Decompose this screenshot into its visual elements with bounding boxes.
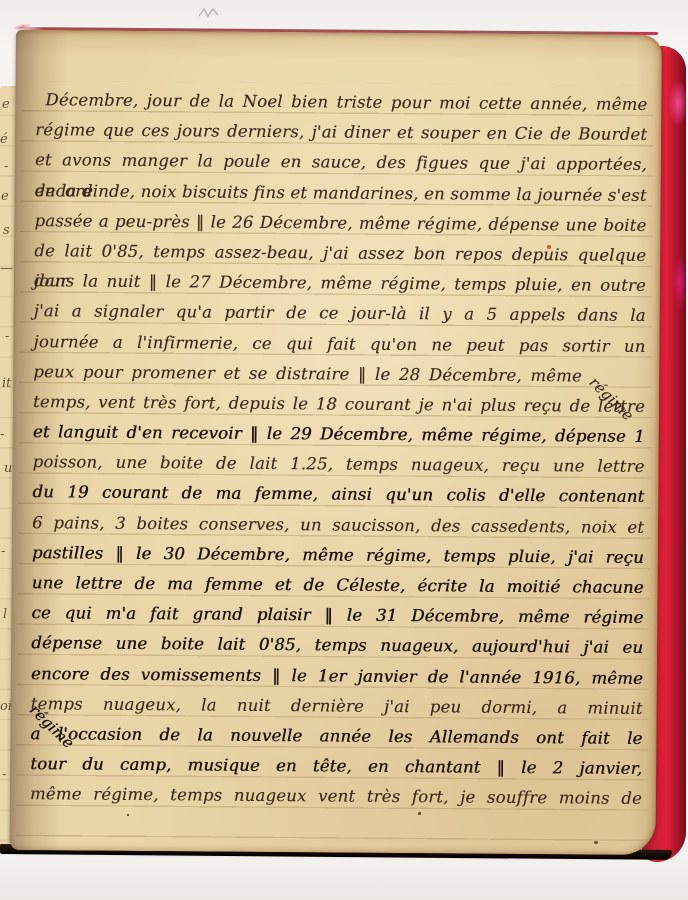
facing-page-text-fragment: é <box>0 133 8 146</box>
diary-line-text: tour du camp, musique en tête, en chanta… <box>30 754 642 778</box>
diary-line: régime que ces jours derniers, j'ai dine… <box>35 115 647 150</box>
diary-line-text: passée a peu-près ‖ le 26 Décembre, même… <box>34 211 646 235</box>
diary-line: Décembre, jour de la Noel bien triste po… <box>35 85 647 120</box>
diary-line-text: Décembre, jour de la Noel bien triste po… <box>45 90 647 114</box>
ink-speck <box>127 814 129 816</box>
diary-line-text: journée a l'infirmerie, ce qui fait qu'o… <box>33 332 645 356</box>
diary-line: et languit d'en recevoir ‖ le 29 Décembr… <box>33 417 645 452</box>
diary-line: passée a peu-près ‖ le 26 Décembre, même… <box>34 206 646 241</box>
diary-line: une lettre de ma femme et de Céleste, éc… <box>32 568 644 603</box>
diary-line-text: même régime, temps nuageux vent très for… <box>30 784 642 808</box>
diary-line-text: régime que ces jours derniers, j'ai dine… <box>35 120 647 144</box>
diary-line-text: ce qui m'a fait grand plaisir ‖ le 31 Dé… <box>31 603 643 627</box>
facing-page-text-fragment: - <box>5 330 9 343</box>
diary-line: du 19 courant de ma femme, ainsi qu'un c… <box>32 478 644 513</box>
diary-line-text: dépense une boite lait 0'85, temps nuage… <box>31 634 643 658</box>
facing-page-text-fragment: — <box>0 262 13 275</box>
diary-line: temps nuageux, la nuit dernière j'ai peu… <box>31 689 643 724</box>
diary-line: peux pour promener et se distraire ‖ le … <box>33 357 645 392</box>
facing-page-text-fragment: e <box>2 98 10 111</box>
facing-page-text-fragment: it <box>2 377 11 390</box>
diary-line-text: et languit d'en recevoir ‖ le 29 Décembr… <box>33 422 645 446</box>
diary-line: et avons manger la poule en sauce, des f… <box>35 146 647 181</box>
diary-line: dépense une boite lait 0'85, temps nuage… <box>31 629 643 664</box>
facing-page-text-fragment: - <box>2 768 6 781</box>
ink-speck <box>547 245 551 249</box>
diary-line: pastilles ‖ le 30 Décembre, même régime,… <box>32 538 644 573</box>
diary-line: dans la nuit ‖ le 27 Décembre, même régi… <box>34 266 646 301</box>
facing-page-text-fragment: l <box>3 608 7 621</box>
scanned-notebook-photo: eé-es—-it-u-loir- Décembre, jour de la N… <box>0 0 688 900</box>
facing-page-text-fragment: s <box>3 224 10 237</box>
diary-line-text: de la dinde, noix biscuits fins et manda… <box>35 181 647 205</box>
ink-speck <box>594 841 598 844</box>
diary-line: de lait 0'85, temps assez-beau, j'ai ass… <box>34 236 646 271</box>
diary-line: temps, vent très fort, depuis le 18 cour… <box>33 387 645 422</box>
ink-speck <box>418 812 421 815</box>
diary-line: encore des vomissements ‖ le 1er janvier… <box>31 659 643 694</box>
diary-line: 6 pains, 3 boites conserves, un saucisso… <box>32 508 644 543</box>
diary-line-text: temps, vent très fort, depuis le 18 cour… <box>33 392 645 416</box>
diary-line-text: encore des vomissements ‖ le 1er janvier… <box>31 664 643 688</box>
diary-line: j'ai a signaler qu'a partir de ce jour-l… <box>34 296 646 331</box>
diary-line: journée a l'infirmerie, ce qui fait qu'o… <box>33 327 645 362</box>
diary-line-text: une lettre de ma femme et de Céleste, éc… <box>32 573 644 597</box>
diary-line: de la dinde, noix biscuits fins et manda… <box>35 176 647 211</box>
diary-text: Décembre, jour de la Noel bien triste po… <box>30 85 648 814</box>
facing-page-text-fragment: e <box>1 190 9 203</box>
diary-line-text: 6 pains, 3 boites conserves, un saucisso… <box>32 513 644 537</box>
diary-line: même régime, temps nuageux vent très for… <box>30 779 642 814</box>
facing-page-text-fragment: - <box>4 160 8 173</box>
diary-line: tour du camp, musique en tête, en chanta… <box>30 749 642 784</box>
notebook-page: Décembre, jour de la Noel bien triste po… <box>10 30 662 855</box>
diary-line-text: dans la nuit ‖ le 27 Décembre, même régi… <box>34 271 646 295</box>
diary-line-text: j'ai a signaler qu'a partir de ce jour-l… <box>34 301 646 325</box>
diary-line-text: pastilles ‖ le 30 Décembre, même régime,… <box>32 543 644 567</box>
diary-line: ce qui m'a fait grand plaisir ‖ le 31 Dé… <box>31 598 643 633</box>
diary-line-text: du 19 courant de ma femme, ainsi qu'un c… <box>32 483 644 507</box>
facing-page-text-fragment: u <box>4 462 12 475</box>
diary-line-text: temps nuageux, la nuit dernière j'ai peu… <box>31 694 643 718</box>
facing-page-text-fragment: - <box>0 428 4 441</box>
pencil-scribble <box>198 6 220 20</box>
diary-line-text: peux pour promener et se distraire ‖ le … <box>33 362 582 385</box>
diary-line: poisson, une boite de lait 1.25, temps n… <box>32 447 644 482</box>
diary-line-text: poisson, une boite de lait 1.25, temps n… <box>33 452 645 476</box>
diary-line-text: a l'occasion de la nouvelle année les Al… <box>30 724 642 748</box>
diary-line: a l'occasion de la nouvelle année les Al… <box>30 719 642 754</box>
facing-page-text-fragment: - <box>1 545 5 558</box>
